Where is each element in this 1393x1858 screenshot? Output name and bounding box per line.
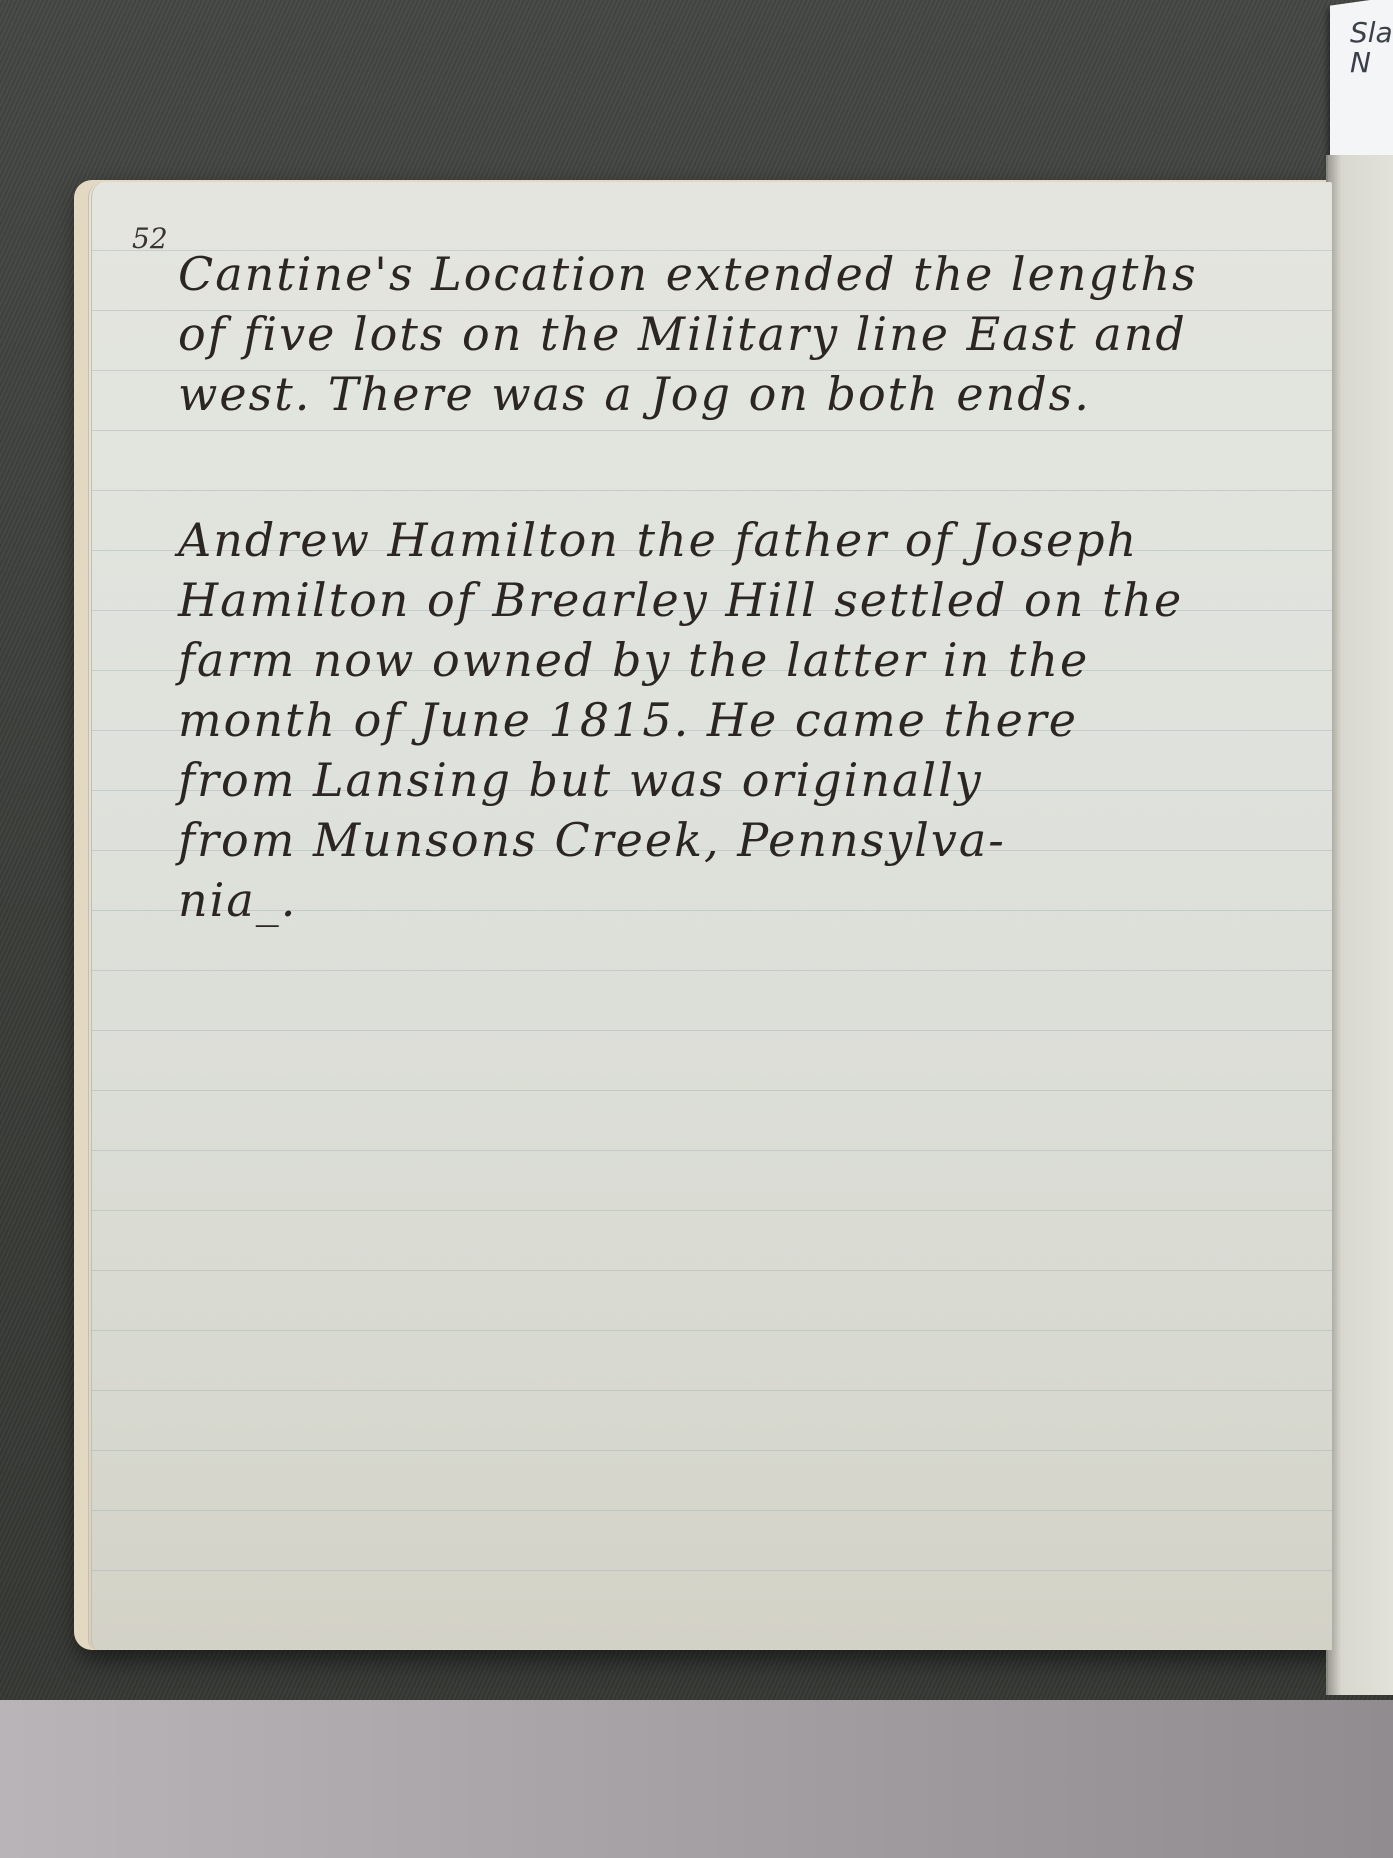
text-line: month of June 1815. He came there <box>178 690 1318 750</box>
text-line: from Lansing but was originally <box>178 750 1318 810</box>
ruled-line <box>92 430 1332 431</box>
facing-page-edge <box>1326 155 1393 1695</box>
text-line: west. There was a Jog on both ends. <box>178 364 1318 424</box>
text-line: Hamilton of Brearley Hill settled on the <box>178 570 1318 630</box>
ruled-line <box>92 1330 1332 1331</box>
ruled-line <box>92 1150 1332 1151</box>
ruled-line <box>92 1450 1332 1451</box>
ruled-line <box>92 970 1332 971</box>
paragraph-cantine-location: Cantine's Location extended the lengths … <box>178 244 1318 424</box>
text-line: Andrew Hamilton the father of Joseph <box>178 510 1318 570</box>
text-line: farm now owned by the latter in the <box>178 630 1318 690</box>
paragraph-andrew-hamilton: Andrew Hamilton the father of Joseph Ham… <box>178 510 1318 930</box>
ruled-line <box>92 1090 1332 1091</box>
corner-slip-text: Sla N <box>1350 18 1393 78</box>
ruled-line <box>92 1030 1332 1031</box>
ruled-line <box>92 1570 1332 1571</box>
text-line: nia_. <box>178 870 1318 930</box>
text-line: from Munsons Creek, Pennsylva- <box>178 810 1318 870</box>
text-line: of five lots on the Military line East a… <box>178 304 1318 364</box>
text-line: Cantine's Location extended the lengths <box>178 244 1318 304</box>
ruled-line <box>92 1270 1332 1271</box>
ruled-line <box>92 1510 1332 1511</box>
ruled-line <box>92 490 1332 491</box>
ruled-line <box>92 1210 1332 1211</box>
table-surface <box>0 1700 1393 1858</box>
page-number: 52 <box>132 222 168 255</box>
ruled-line <box>92 1390 1332 1391</box>
